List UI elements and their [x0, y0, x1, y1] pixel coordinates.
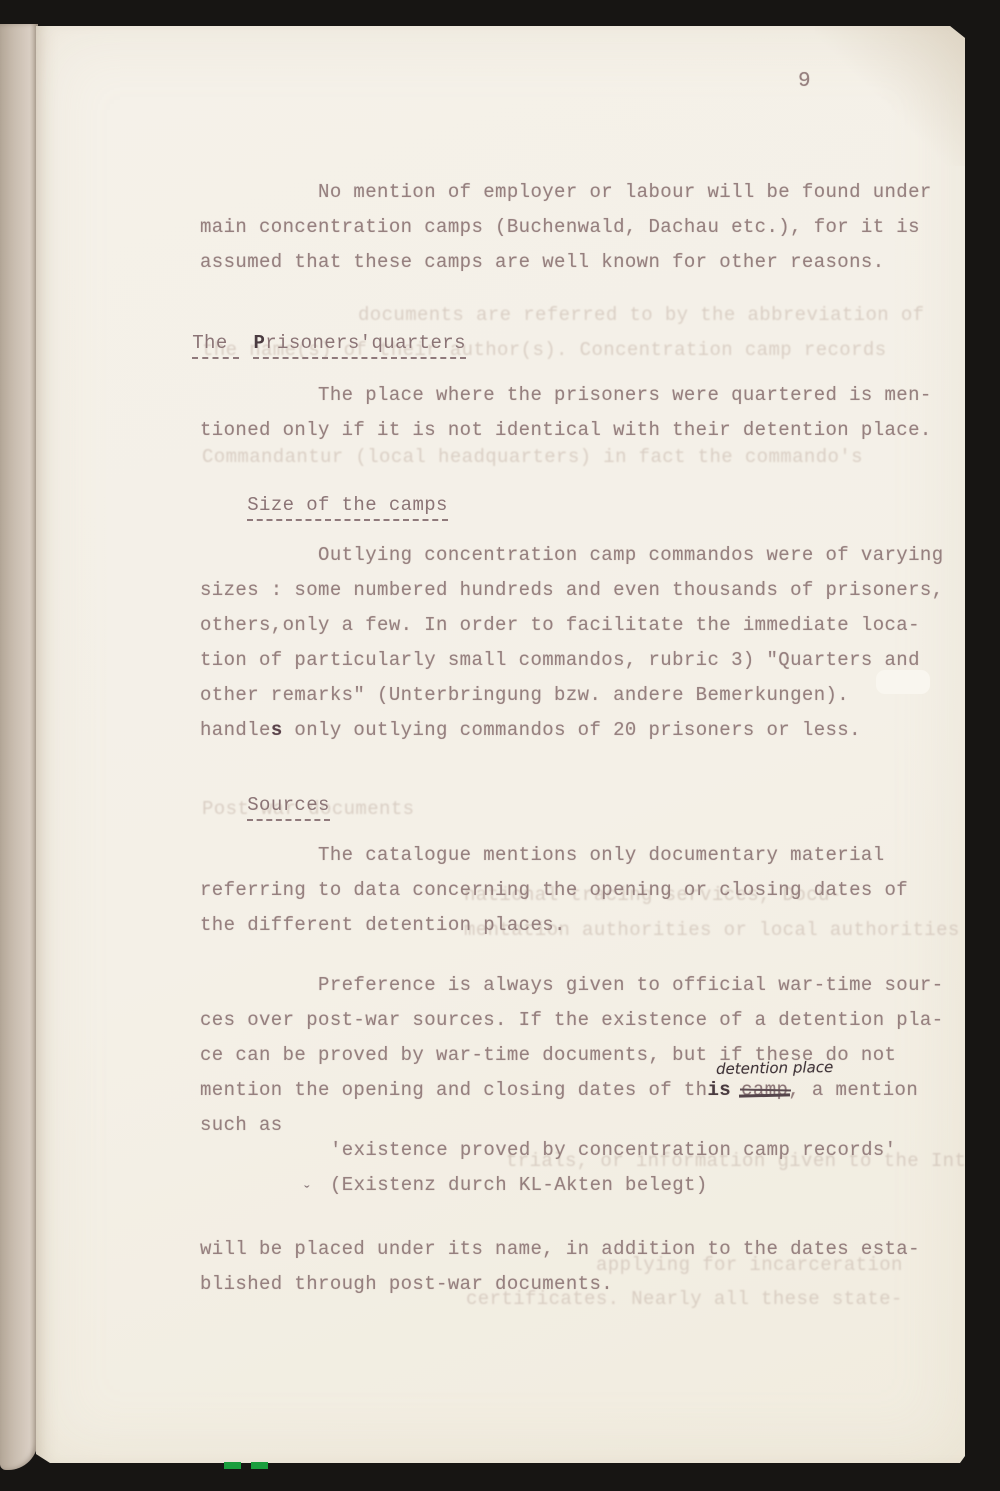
paragraph-preference: Preference is always given to official w…	[200, 968, 944, 1143]
paragraph-intro: No mention of employer or labour will be…	[200, 175, 932, 280]
heading-size-of-camps: Size of the camps	[200, 472, 448, 538]
handwritten-annotation: detention place	[716, 1050, 834, 1087]
text-line: No mention of employer or labour will be…	[200, 175, 932, 210]
heading-prisoners-quarters: The Prisoners'quarters	[145, 310, 466, 376]
document-page: documents are referred to by the abbrevi…	[36, 26, 965, 1463]
text-line: assumed that these camps are well known …	[200, 245, 932, 280]
page-corner-shading	[815, 26, 965, 166]
heading-main: Prisoners'quarters	[253, 332, 465, 359]
text-line: sizes : some numbered hundreds and even …	[200, 573, 944, 608]
paragraph-quarters: The place where the prisoners were quart…	[200, 378, 932, 448]
page-number: 9	[798, 70, 811, 93]
heading-prefix: The	[192, 332, 239, 359]
scanned-document-photo: { "colors": { "paper": "#f4f0e7", "ink":…	[0, 0, 1000, 1491]
text-line: the different detention places.	[200, 908, 908, 943]
text-line: (Existenz durch KL-Akten belegt)	[330, 1168, 897, 1203]
text-line: tion of particularly small commandos, ru…	[200, 643, 944, 678]
text-line: will be placed under its name, in additi…	[200, 1232, 920, 1267]
text-line: tioned only if it is not identical with …	[200, 413, 932, 448]
stray-pen-mark: ˇ	[302, 1184, 312, 1202]
overstruck-letter: P	[253, 332, 265, 354]
paragraph-size-lines: Outlying concentration camp commandos we…	[200, 538, 944, 713]
handwritten-s-insert: s	[271, 719, 283, 741]
text-line: The place where the prisoners were quart…	[200, 378, 932, 413]
green-edge-mark	[224, 1462, 241, 1469]
green-edge-mark	[251, 1462, 268, 1469]
paragraph-size-last-line: handles only outlying commandos of 20 pr…	[200, 713, 944, 748]
whiteout-correction	[876, 670, 930, 694]
paragraph-catalogue: The catalogue mentions only documentary …	[200, 838, 908, 943]
text-line: ces over post-war sources. If the existe…	[200, 1003, 944, 1038]
text-line: blished through post-war documents.	[200, 1267, 920, 1302]
quoted-example: 'existence proved by concentration camp …	[330, 1133, 897, 1203]
edited-line: mention the opening and closing dates of…	[200, 1073, 944, 1108]
text-line: others,only a few. In order to facilitat…	[200, 608, 944, 643]
bleed-through-text: Commandantur (local headquarters) in fac…	[202, 446, 863, 468]
text-line: Outlying concentration camp commandos we…	[200, 538, 944, 573]
text-line: 'existence proved by concentration camp …	[330, 1133, 897, 1168]
paragraph-size: Outlying concentration camp commandos we…	[200, 538, 944, 748]
text-line: referring to data concerning the opening…	[200, 873, 908, 908]
text-line: other remarks" (Unterbringung bzw. ander…	[200, 678, 944, 713]
text-line: Preference is always given to official w…	[200, 968, 944, 1003]
paragraph-placement: will be placed under its name, in additi…	[200, 1232, 920, 1302]
text-line: main concentration camps (Buchenwald, Da…	[200, 210, 932, 245]
heading-sources: Sources	[200, 772, 330, 838]
text-line: The catalogue mentions only documentary …	[200, 838, 908, 873]
underlying-page-edge	[0, 24, 38, 1470]
